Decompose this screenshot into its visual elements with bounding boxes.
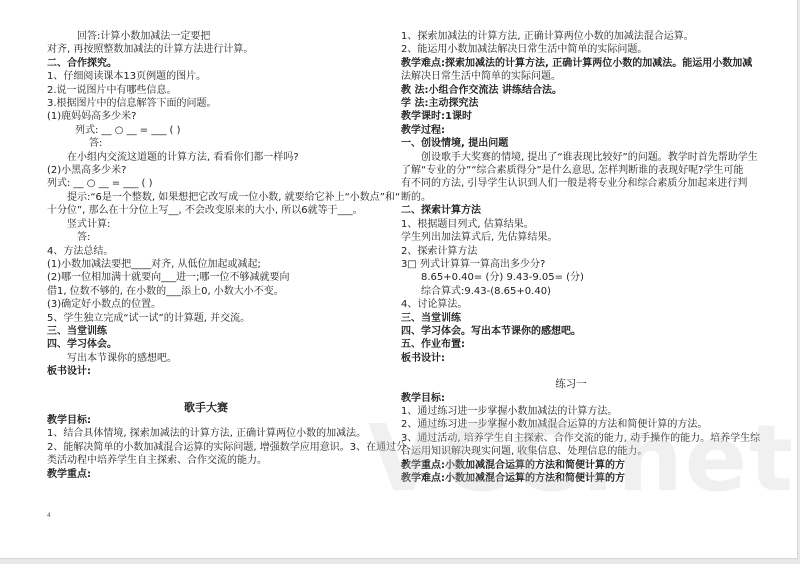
page-number: 4 <box>47 512 51 519</box>
list-item: 2.说一说图片中有哪些信息。 <box>47 84 365 97</box>
list-item: 2、能运用小数加减法解决日常生活中简单的实际问题。 <box>401 43 741 56</box>
board-design-label: 板书设计: <box>47 365 365 378</box>
question-line: (1)鹿妈妈高多少米? <box>47 110 365 123</box>
list-item: 1、探索加减法的计算方法, 正确计算两位小数的加减法混合运算。 <box>401 30 741 43</box>
class-hours: 教学课时:1课时 <box>401 110 741 123</box>
section-heading: 四、学习体会。写出本节课你的感想吧。 <box>401 325 741 338</box>
text-line: 对齐, 再按照整数加减法的计算方法进行计算。 <box>47 43 365 56</box>
hint-line: 提示:“6是一个整数, 如果想把它改写成一位小数, 就要给它补上“小数点”和“ <box>47 191 365 204</box>
section-heading: 二、合作探究。 <box>47 57 365 70</box>
learning-method: 学 法:主动探究法 <box>401 97 741 110</box>
text-line: 断的。 <box>401 191 741 204</box>
list-item: 3.根据图片中的信息解答下面的问题。 <box>47 97 365 110</box>
lesson-title: 歌手大赛 <box>47 401 365 414</box>
formula-line: 列式: __ ○ __ = ___ ( ) <box>47 124 365 137</box>
section-heading: 三、当堂训练 <box>401 312 741 325</box>
document-page: 回答:计算小数加减法一定要把 对齐, 再按照整数加减法的计算方法进行计算。 二、… <box>0 0 798 559</box>
section-heading: 教学目标: <box>401 392 741 405</box>
board-design-label: 板书设计: <box>401 352 741 365</box>
text-line: 了解“专业的分”“综合素质得分”是什么意思, 怎样判断谁的表现好呢?学生可能 <box>401 164 741 177</box>
list-item: (2)哪一位相加满十就要向___进一;哪一位不够减就要向 <box>47 271 365 284</box>
text-line: 合运用知识解决现实问题, 收集信息、处理信息的能力。 <box>401 445 741 458</box>
list-item: 3、通过活动, 培养学生自主探索、合作交流的能力, 动手操作的能力。培养学生综 <box>401 432 741 445</box>
list-item: 5、学生独立完成“试一试”的计算题, 并交流。 <box>47 312 365 325</box>
answer-label: 答: <box>47 231 365 244</box>
answer-label: 答: <box>47 137 365 150</box>
left-column: 回答:计算小数加减法一定要把 对齐, 再按照整数加减法的计算方法进行计算。 二、… <box>47 30 365 481</box>
section-heading: 二、探索计算方法 <box>401 204 741 217</box>
hint-line: 十分位”, 那么在十分位上写__, 不会改变原来的大小, 所以6就等于___。 <box>47 204 365 217</box>
list-item: 2、通过练习进一步掌握小数加减混合运算的方法和简便计算的方法。 <box>401 418 741 431</box>
text-line: 写出本节课你的感想吧。 <box>47 352 365 365</box>
text-line: 有不同的方法, 引导学生认识到人们一般是将专业分和综合素质分加起来进行判 <box>401 177 741 190</box>
list-item: 4、讨论算法。 <box>401 298 741 311</box>
formula-line: 综合算式:9.43-(8.65+0.40) <box>401 285 741 298</box>
lesson-title: 练习一 <box>401 378 741 391</box>
list-item: 1、仔细阅读课本13页例题的图片。 <box>47 70 365 83</box>
teaching-method: 教 法:小组合作交流法 讲练结合法。 <box>401 84 741 97</box>
text-line: 创设歌手大奖赛的情境, 提出了“谁表现比较好”的问题。教学时首先帮助学生 <box>401 151 741 164</box>
list-item: 1、结合具体情境, 探索加减法的计算方法, 正确计算两位小数的加减法。 <box>47 427 365 440</box>
section-heading: 三、当堂训练 <box>47 325 365 338</box>
list-item: (1)小数加减法要把____对齐, 从低位加起或减起; <box>47 258 365 271</box>
section-heading: 五、作业布置: <box>401 338 741 351</box>
text-line: 学生列出加法算式后, 先估算结果。 <box>401 231 741 244</box>
section-heading: 四、学习体会。 <box>47 338 365 351</box>
key-difficulty: 教学难点:探索加减法的计算方法, 正确计算两位小数的加减法。能运用小数加减 <box>401 57 741 70</box>
key-point: 教学重点:小数加减混合运算的方法和简便计算的方 <box>401 459 741 472</box>
text-line: 竖式计算: <box>47 218 365 231</box>
formula-line: 8.65+0.40= (分) 9.43-9.05= (分) <box>401 271 741 284</box>
question-line: (2)小黑高多少米? <box>47 164 365 177</box>
text-line: 借1, 位数不够的, 在小数的___添上0, 小数大小不变。 <box>47 285 365 298</box>
formula-line: 列式: __ ○ __ = ___ ( ) <box>47 177 365 190</box>
list-item: 3□ 列式计算算一算高出多少分? <box>401 258 741 271</box>
text-line: 法解决日常生活中简单的实际问题。 <box>401 70 741 83</box>
key-difficulty: 教学难点:小数加减混合运算的方法和简便计算的方 <box>401 472 741 485</box>
list-item: 4、方法总结。 <box>47 245 365 258</box>
list-item: 2、能解决简单的小数加减混合运算的实际问题, 增强数学应用意识。3、在通过分 <box>47 441 365 454</box>
right-column: 1、探索加减法的计算方法, 正确计算两位小数的加减法混合运算。 2、能运用小数加… <box>401 30 741 485</box>
section-heading: 教学重点: <box>47 468 365 481</box>
text-line: 类活动程中培养学生自主探索、合作交流的能力。 <box>47 454 365 467</box>
text-line: 在小组内交流这道题的计算方法, 看看你们都一样吗? <box>47 151 365 164</box>
answer-line: 回答:计算小数加减法一定要把 <box>47 30 365 43</box>
list-item: 1、通过练习进一步掌握小数加减法的计算方法。 <box>401 405 741 418</box>
section-heading: 教学目标: <box>47 414 365 427</box>
list-item: 2、探索计算方法 <box>401 245 741 258</box>
list-item: (3)确定好小数点的位置。 <box>47 298 365 311</box>
section-heading: 教学过程: <box>401 124 741 137</box>
list-item: 1、根据题目列式, 估算结果。 <box>401 218 741 231</box>
section-heading: 一、创设情境, 提出问题 <box>401 137 741 150</box>
